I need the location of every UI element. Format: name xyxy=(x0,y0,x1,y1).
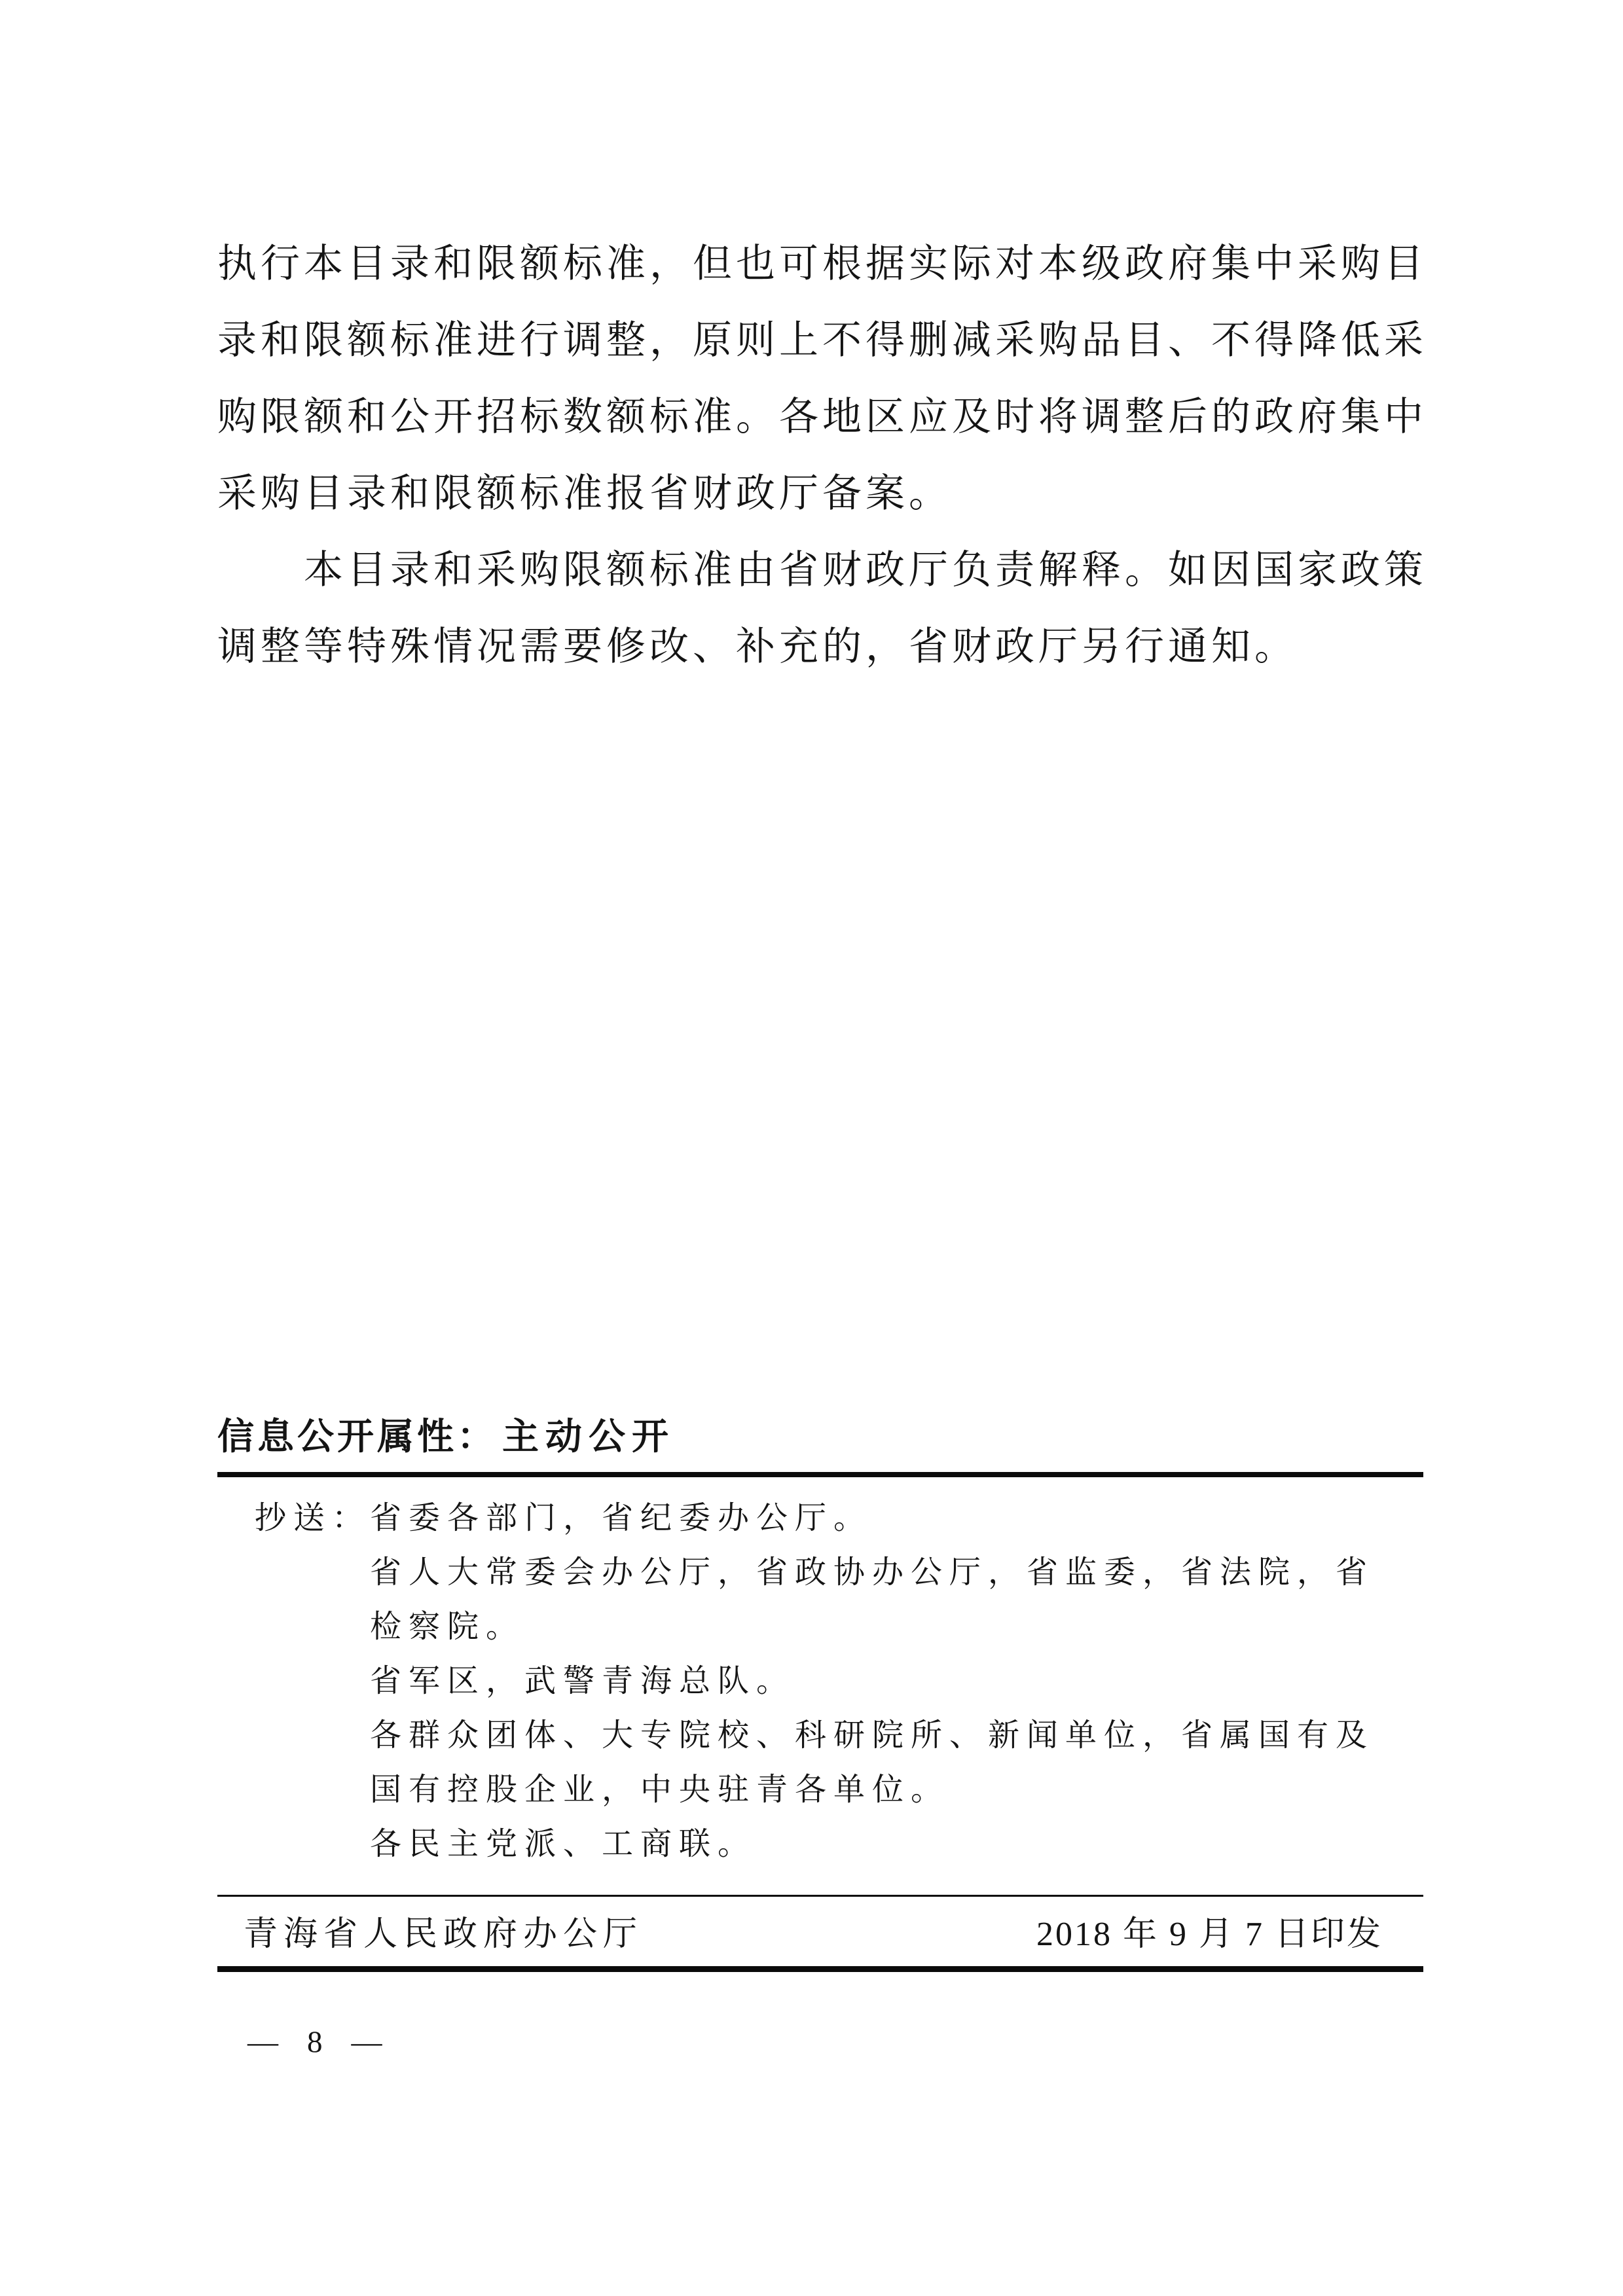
copy-to-line: 国有控股企业，中央驻青各单位。 xyxy=(370,1763,1429,1817)
copy-to-line: 省人大常委会办公厅，省政协办公厅，省监委，省法院，省 xyxy=(370,1545,1429,1600)
body-line: 录和限额标准进行调整，原则上不得删减采购品目、不得降低采 xyxy=(217,302,1429,379)
copy-to-line: 各群众团体、大专院校、科研院所、新闻单位，省属国有及 xyxy=(370,1708,1429,1763)
page-number-value: 8 xyxy=(307,2024,323,2060)
body-line: 本目录和采购限额标准由省财政厅负责解释。如因国家政策 xyxy=(217,532,1429,609)
disclosure-attribute-header: 信息公开属性：主动公开 xyxy=(217,1414,675,1460)
page-number-dash-right: — xyxy=(352,2024,382,2060)
body-line: 采购目录和限额标准报省财政厅备案。 xyxy=(217,456,1429,532)
issuing-office: 青海省人民政府办公厅 xyxy=(244,1913,643,1956)
copy-to-line: 省委各部门，省纪委办公厅。 xyxy=(370,1491,1429,1545)
body-line: 调整等特殊情况需要修改、补充的，省财政厅另行通知。 xyxy=(217,609,1429,685)
copy-to-block: 抄送： 省委各部门，省纪委办公厅。 省人大常委会办公厅，省政协办公厅，省监委，省… xyxy=(217,1491,1429,1871)
copy-to-line: 检察院。 xyxy=(370,1600,1429,1654)
page-number-dash-left: — xyxy=(247,2024,278,2060)
disclosure-label: 信息公开属性： xyxy=(217,1416,497,1457)
copy-to-label: 抄送： xyxy=(255,1491,371,1545)
issuer-row: 青海省人民政府办公厅 2018 年 9 月 7 日印发 xyxy=(217,1913,1423,1956)
divider-heavy-top xyxy=(217,1472,1423,1477)
copy-to-lines: 省委各部门，省纪委办公厅。 省人大常委会办公厅，省政协办公厅，省监委，省法院，省… xyxy=(370,1491,1429,1871)
page-number: — 8 — xyxy=(247,2024,382,2060)
print-date: 2018 年 9 月 7 日印发 xyxy=(1036,1913,1383,1956)
body-line: 执行本目录和限额标准，但也可根据实际对本级政府集中采购目 xyxy=(217,226,1429,302)
divider-thin xyxy=(217,1895,1423,1897)
divider-heavy-bottom xyxy=(217,1966,1423,1972)
document-page: 执行本目录和限额标准，但也可根据实际对本级政府集中采购目 录和限额标准进行调整，… xyxy=(0,0,1623,2296)
body-paragraphs: 执行本目录和限额标准，但也可根据实际对本级政府集中采购目 录和限额标准进行调整，… xyxy=(217,226,1429,685)
body-line: 购限额和公开招标数额标准。各地区应及时将调整后的政府集中 xyxy=(217,379,1429,456)
copy-to-line: 各民主党派、工商联。 xyxy=(370,1817,1429,1871)
disclosure-value: 主动公开 xyxy=(502,1417,675,1458)
copy-to-line: 省军区，武警青海总队。 xyxy=(370,1654,1429,1708)
